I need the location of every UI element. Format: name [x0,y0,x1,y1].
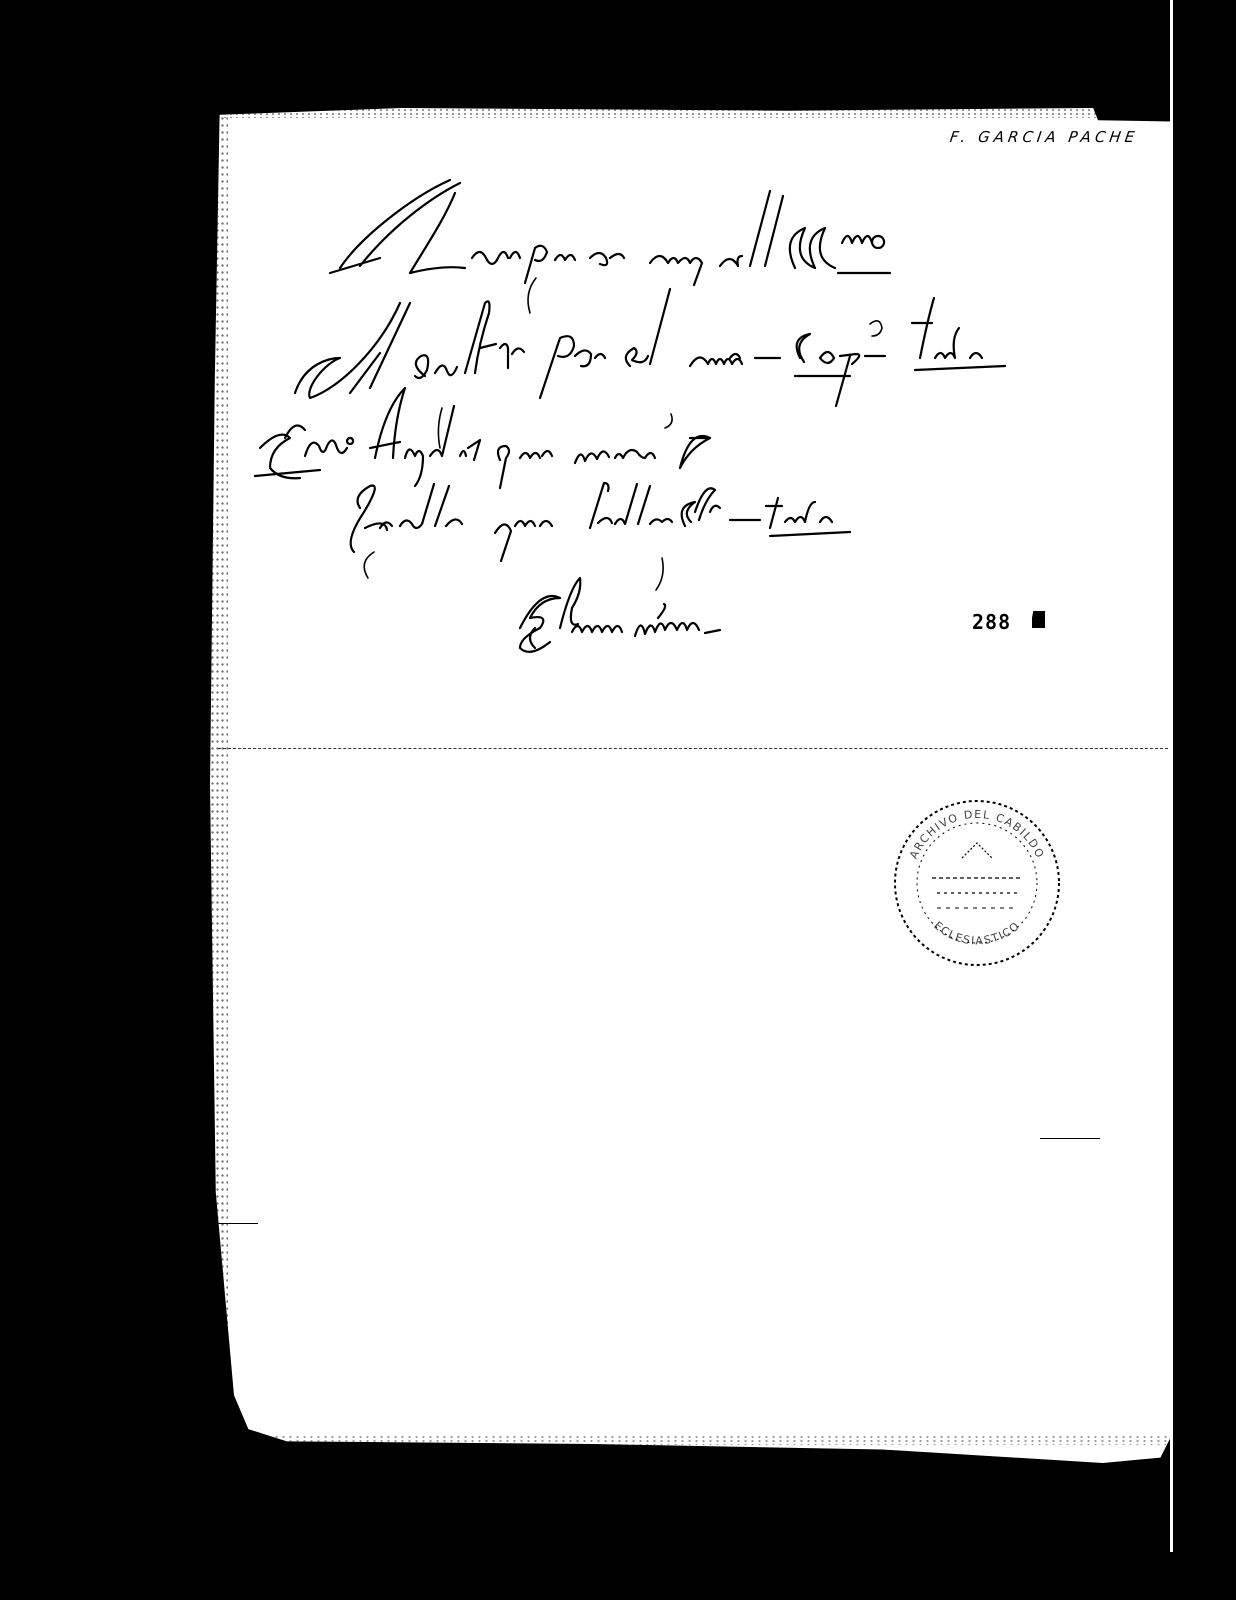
scanner-edge-rule [1170,0,1173,1552]
fold-line [218,748,1168,749]
manuscript-page: F. GARCIA PACHE [210,108,1170,1463]
handwriting-line-4 [351,483,850,578]
pencil-mark [1040,1138,1100,1139]
folio-number: 288 [972,610,1011,634]
handwriting-line-2 [295,289,1005,406]
handwriting-line-3 [255,388,710,488]
handwriting-line-5 [520,558,720,652]
handwriting-strokes [210,108,1170,1463]
folio-mark [1032,611,1045,628]
svg-text:ECLESIASTICO: ECLESIASTICO [931,919,1022,948]
archive-stamp: ARCHIVO DEL CABILDO ECLESIASTICO [882,788,1072,978]
svg-text:ARCHIVO DEL CABILDO: ARCHIVO DEL CABILDO [907,808,1047,861]
margin-rule [218,1223,258,1224]
handwriting-line-1 [330,180,890,313]
